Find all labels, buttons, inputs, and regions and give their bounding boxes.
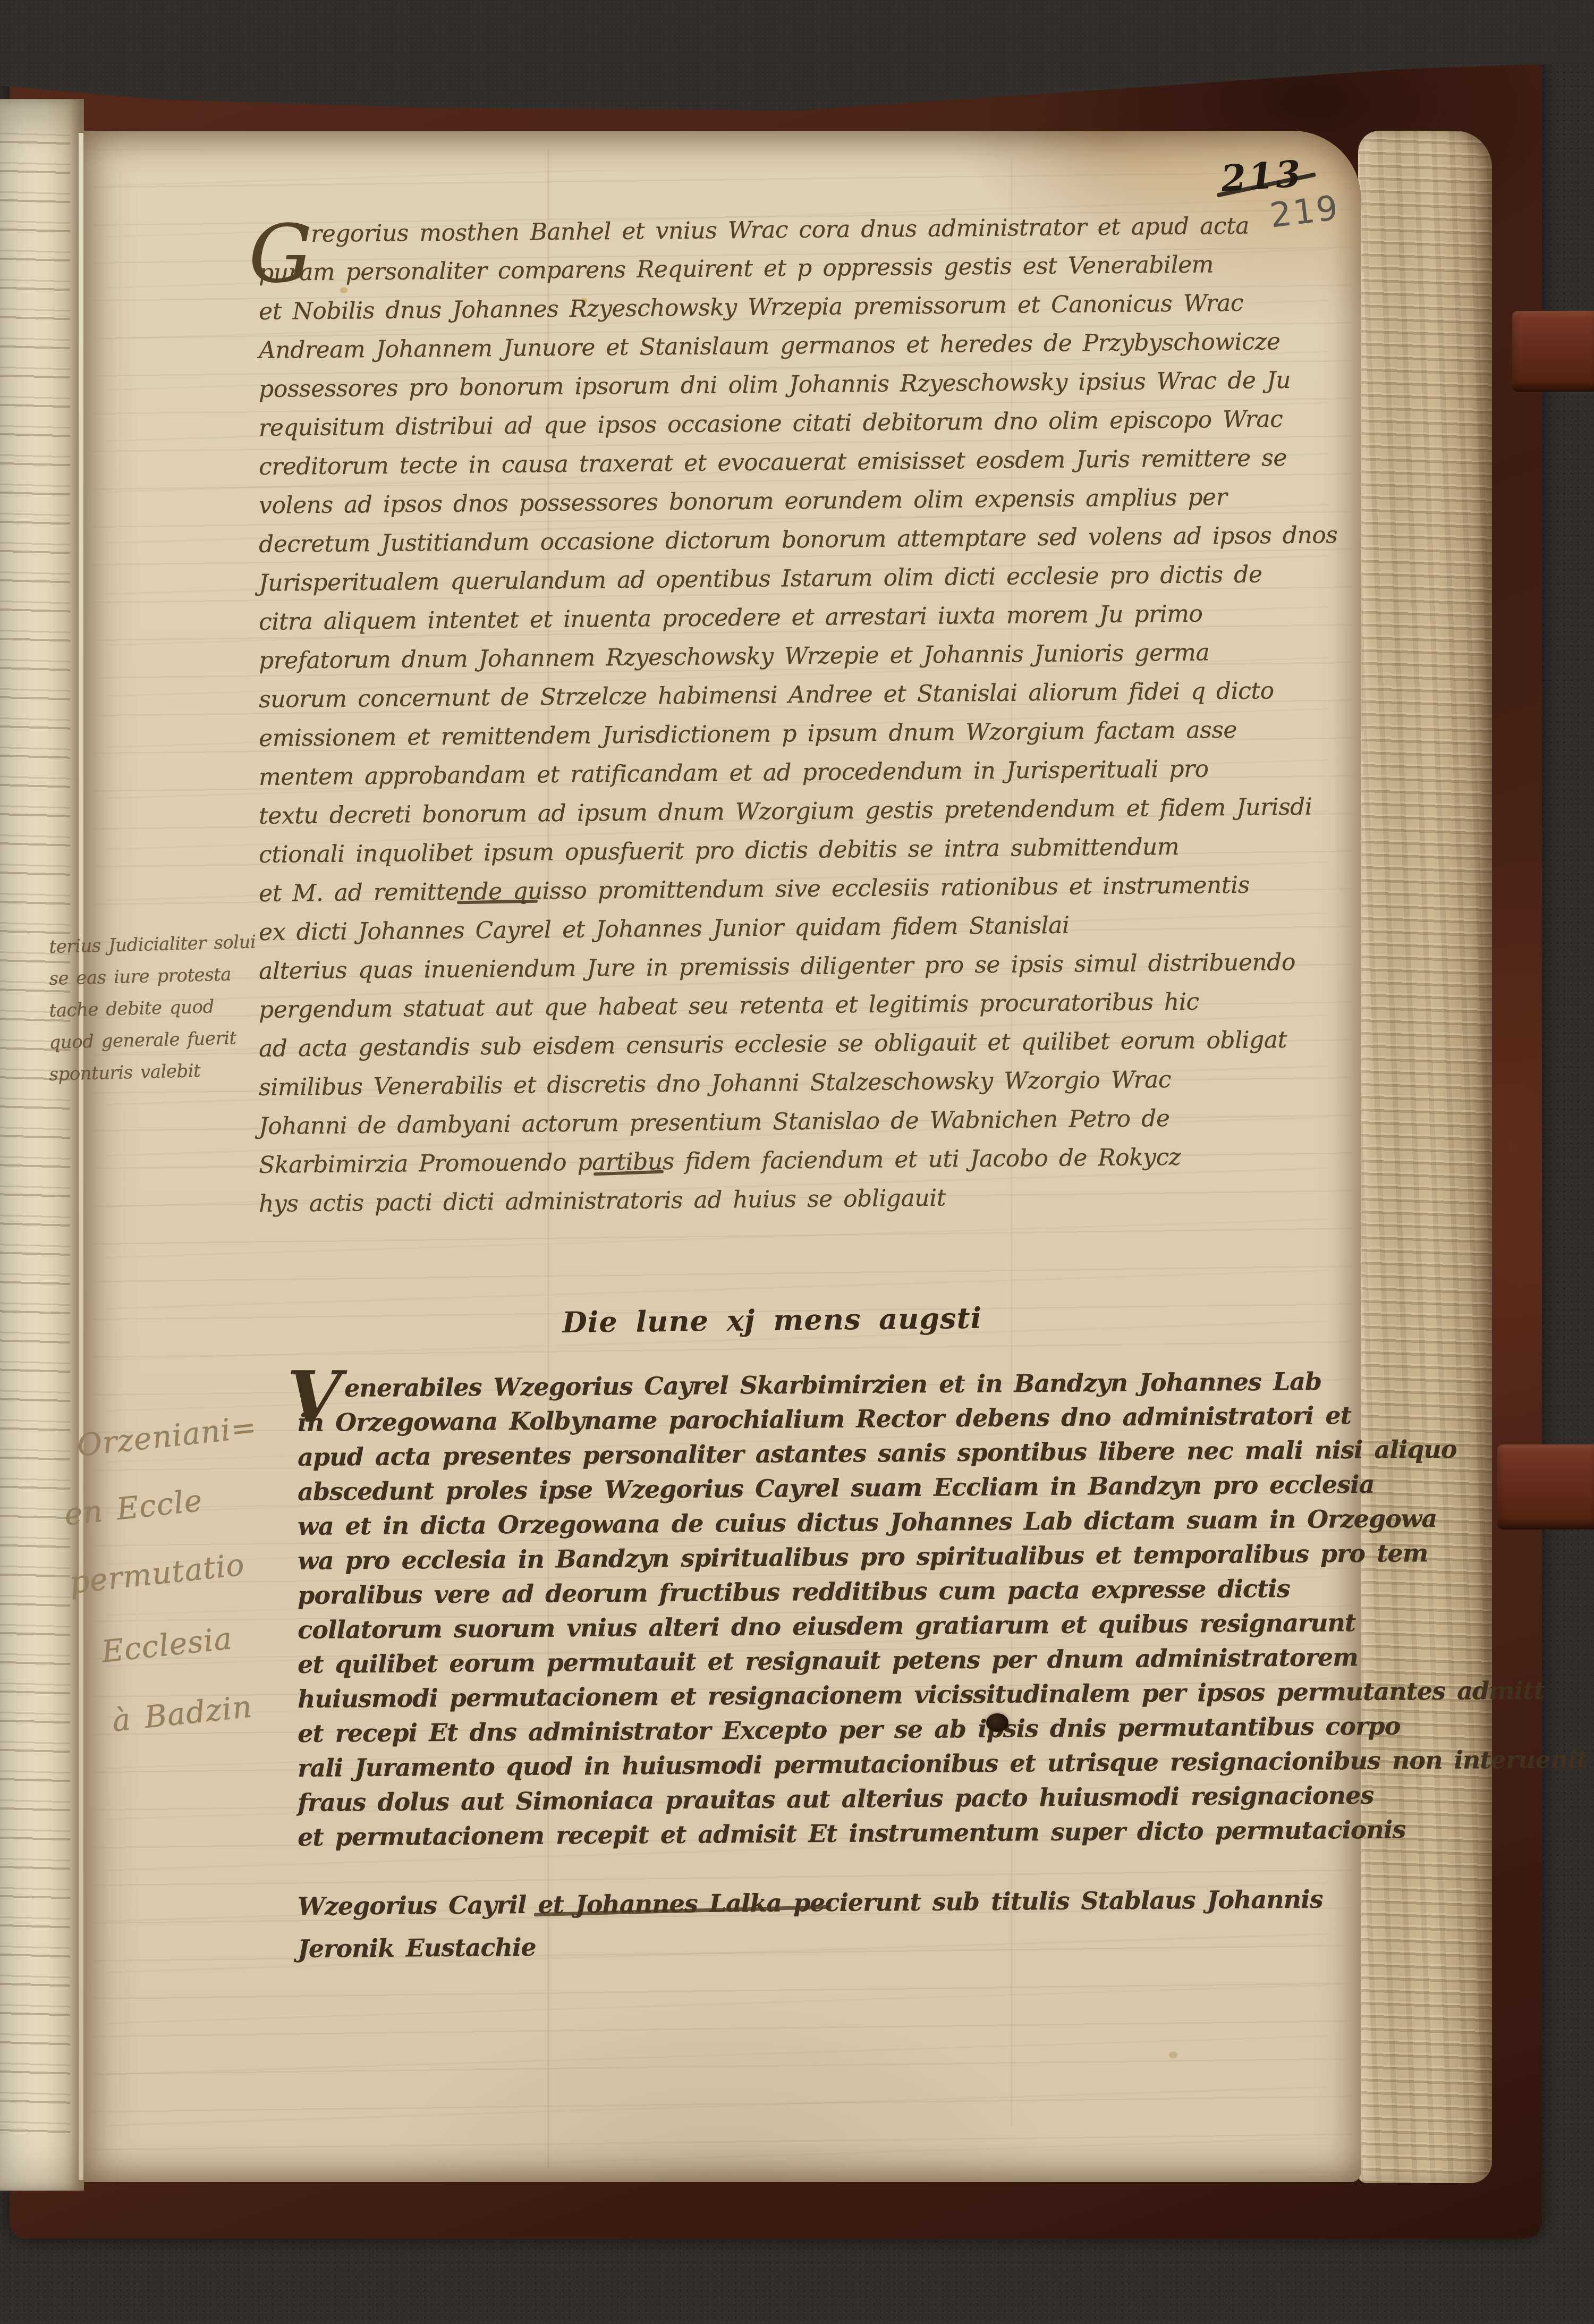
ink-blot <box>986 1713 1008 1732</box>
manuscript-text-line: Jeronik Eustachie <box>298 1933 536 1963</box>
leather-clasp-strap-top <box>1512 311 1594 392</box>
gutter-leaf-edge <box>79 133 83 2180</box>
margin-note-line: sponturis valebit <box>49 1060 201 1085</box>
margin-note-line: tache debite quod <box>49 996 214 1021</box>
foxing-spot <box>1169 2051 1177 2058</box>
entry-date-heading: Die lune xj mens augsti <box>562 1301 982 1339</box>
leather-clasp-strap-bottom <box>1497 1444 1594 1529</box>
entry1-initial-letter: G <box>249 208 312 301</box>
foxing-spot <box>340 287 347 293</box>
page-stack-deckle-edge <box>1358 131 1492 2183</box>
margin-note-line: se eas iure protesta <box>49 964 232 990</box>
manuscript-photo: 213 219 G regorius mosthen Banhel et vni… <box>0 0 1594 2324</box>
facing-page-sliver <box>0 99 84 2191</box>
